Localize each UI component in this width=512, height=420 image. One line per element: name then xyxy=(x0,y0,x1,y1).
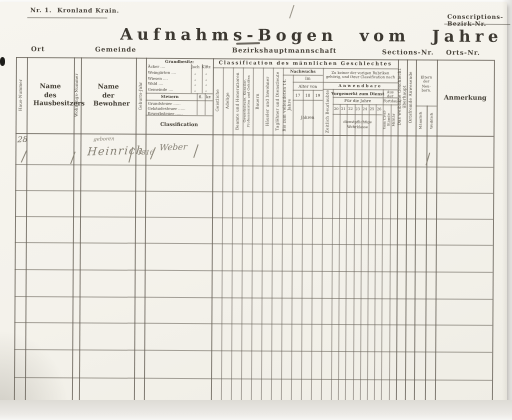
crownland-label: Kronland Krain. xyxy=(57,7,119,14)
grid-hline xyxy=(15,216,493,220)
anwendbare-top-text: Zu keiner der vorigen Rubriken gehörig, … xyxy=(323,68,398,82)
grid-vline xyxy=(424,106,427,405)
fortdauer-header: Aus der Fortdauer xyxy=(383,89,398,104)
eltern-box-header: Eltern der Neu- born. xyxy=(416,62,437,105)
age20-cell: 20 xyxy=(333,104,340,114)
besitz-klftr: Klftr. xyxy=(201,64,212,69)
besitz-joch: „ xyxy=(190,87,201,92)
steuer-kr-label: kr. xyxy=(205,94,213,99)
col-header-bewohner: Name der Bewohner xyxy=(81,57,136,133)
age20-cell: 25 xyxy=(368,104,375,114)
class-col-3: Beamte und Honoratioren xyxy=(233,67,243,134)
besitz-klftr: „ xyxy=(201,70,212,75)
steuer-rows: Grundsteuer ......Gebäudesteuer ......Er… xyxy=(146,100,212,115)
col-header-hausbesitzer: Name des Hausbesitzers xyxy=(27,57,74,133)
section-nr-label: Sections-Nr. xyxy=(382,48,434,56)
steuer-title: Steuern xyxy=(148,94,192,99)
grid-hline xyxy=(14,377,492,381)
grid-vline xyxy=(345,104,348,404)
grid-vline xyxy=(331,89,334,404)
grid-vline xyxy=(301,90,304,404)
class-col-label: Häusler und Inwohner xyxy=(265,76,270,126)
pen-stray-mark xyxy=(289,5,294,19)
class-col-label: Taglöhner und Dienstleute xyxy=(275,72,280,131)
grid-vline xyxy=(352,104,355,404)
age20-cell: 24 xyxy=(361,104,368,114)
age17-cell: 17 xyxy=(293,90,303,100)
eltern-maennlich-col: Männlich xyxy=(416,105,427,135)
grid-vline xyxy=(388,104,391,404)
handwritten-house-number: 28 xyxy=(17,135,28,144)
pen-tick-5 xyxy=(193,144,198,158)
besitz-joch: „ xyxy=(190,81,201,86)
besitz-rows: Äcker ....JochKlftr.Weingärten ....„„Wie… xyxy=(146,64,212,93)
besitz-joch: „ xyxy=(190,76,201,81)
bezirk-label: Bezirkshauptmannschaft xyxy=(232,46,337,55)
class-col-5: Bauern xyxy=(253,67,263,134)
age20-cell: 22 xyxy=(347,104,354,114)
grid-vline xyxy=(311,90,314,404)
besitz-label: Wald .... xyxy=(148,81,190,86)
class-col-1: Geistliche xyxy=(213,67,223,134)
class-col-label: Bauern xyxy=(255,93,260,109)
grid-hline xyxy=(15,242,493,246)
handwritten-occupation-note: Weber xyxy=(159,143,187,154)
grid-vline xyxy=(359,104,362,404)
besitz-label: Wiesen .... xyxy=(148,76,190,81)
class-col-6: Häusler und Inwohner xyxy=(263,68,273,135)
grid-vline xyxy=(338,104,341,404)
gemeinde-label: Gemeinde xyxy=(95,45,136,53)
ort-label: Ort xyxy=(31,45,45,53)
class-col-label: Geistliche xyxy=(215,90,220,112)
besitz-klftr: „ xyxy=(201,76,212,81)
form-number: Nr. 1. xyxy=(30,7,52,14)
beurlaubte-col: Zeitlich Beurlaubte xyxy=(323,89,333,135)
age17-cell: 18 xyxy=(303,90,313,100)
besitz-row: Gemeinde ....„„ xyxy=(146,87,212,93)
besitz-label: Gemeinde .... xyxy=(148,87,190,92)
scanned-document: Nr. 1. Kronland Krain. Conscriptions-Bez… xyxy=(0,0,512,420)
nachwuchs-alter-von: Alter von xyxy=(293,82,323,90)
besitz-joch: Joch xyxy=(190,64,201,69)
grid-hline xyxy=(15,296,493,300)
grid-hline xyxy=(14,349,492,353)
grid-hline xyxy=(14,322,492,326)
nachwuchs-jahren: Jahren xyxy=(293,100,323,135)
handwritten-resident-name: Heinrich xyxy=(87,144,145,159)
form-sheet: Nr. 1. Kronland Krain. Conscriptions-Bez… xyxy=(0,0,512,420)
steuer-fl-label: fl. xyxy=(197,94,205,99)
ortsfremde-col: Ortsfremde Anwesende xyxy=(407,59,416,135)
grid-hline xyxy=(15,164,493,168)
besitz-joch: „ xyxy=(190,70,201,75)
age20-cell: 21 xyxy=(340,104,347,114)
grid-vline xyxy=(374,104,377,404)
underline-left xyxy=(27,17,107,18)
weibliches-geschlecht-col: Das weibliche Geschlecht überhaupt xyxy=(398,59,407,135)
besitz-label: Weingärten .... xyxy=(148,70,190,75)
nachwuchs-bis14-col: Bis zum vollendeten 14. Jahre xyxy=(283,75,293,135)
class-col-label: Adelige xyxy=(225,92,230,109)
col-header-geburts-jahr: Geburts-Jahr xyxy=(136,58,146,134)
col-header-haus-nummer: Haus-Nummer xyxy=(16,57,27,133)
class-col-2: Adelige xyxy=(223,67,233,134)
handwritten-geboren-note: geboren xyxy=(93,136,114,143)
age17-cell: 19 xyxy=(313,90,323,100)
wehrklasse-label: dienstpflichtige Wehrklasse xyxy=(333,114,383,135)
classification-label: Classification xyxy=(146,115,213,134)
grid-vline xyxy=(367,104,370,404)
grid-vline xyxy=(381,89,384,404)
class-col-label: Beamte und Honoratioren xyxy=(235,72,240,130)
grid-hline xyxy=(15,269,493,273)
besitz-klftr: „ xyxy=(201,87,212,92)
age20-cell: 23 xyxy=(354,104,361,114)
anmerkung-header: Anmerkung xyxy=(437,60,494,136)
class-col-4: Gewerbsleute, Künstler, Professionisten … xyxy=(243,67,253,134)
page-title: Aufnahms-Bogen vom Jahre 18 xyxy=(120,25,512,47)
besitz-label: Äcker .... xyxy=(148,64,190,69)
eltern-weiblich-col: Weiblich xyxy=(426,106,437,136)
scan-bottom-edge xyxy=(0,400,512,420)
age20-cell: 26 xyxy=(376,104,383,114)
orts-nr-label: Orts-Nr. xyxy=(446,49,480,57)
besitz-klftr: „ xyxy=(201,82,212,87)
grid-hline xyxy=(15,190,493,194)
class-col-label: Gewerbsleute, Künstler, Professionisten … xyxy=(244,67,252,134)
